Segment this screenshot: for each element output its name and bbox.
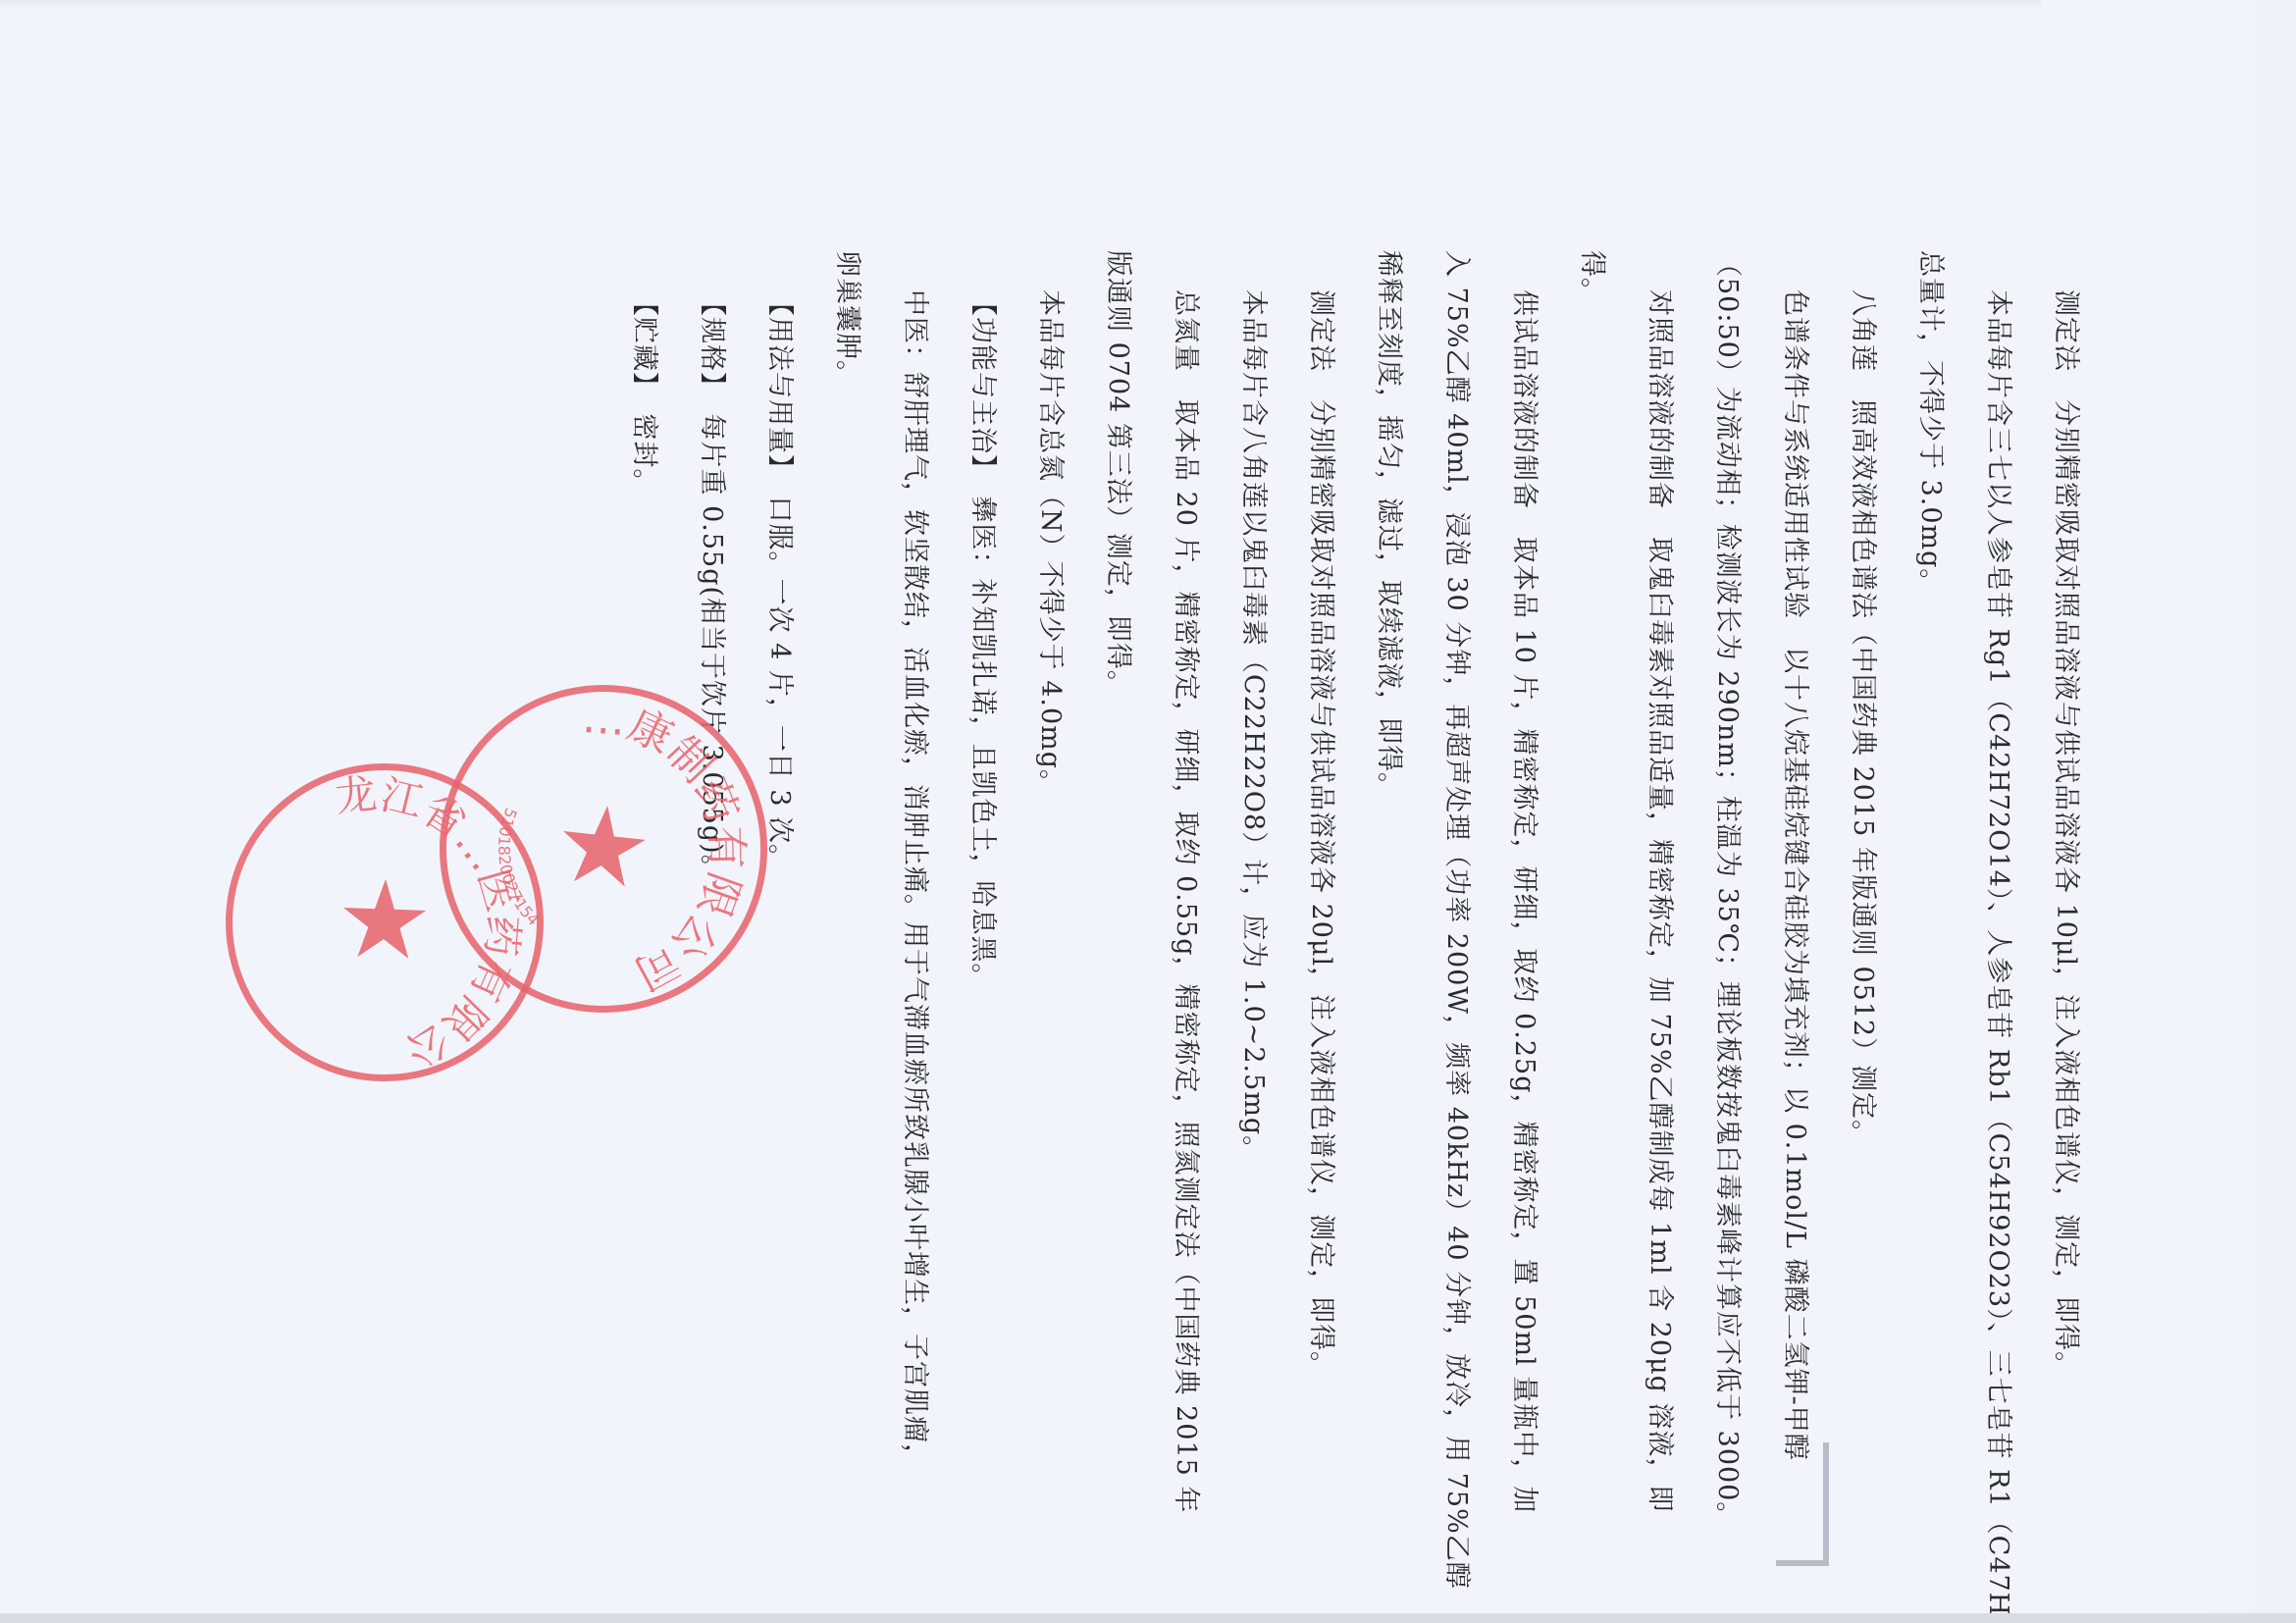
document-line: 卵巢囊肿。 [813, 250, 881, 1604]
document-line: 总量计，不得少于 3.0mg。 [1897, 250, 1964, 1604]
scan-bracket-mark [1776, 1442, 1829, 1566]
document-line: 版通则 0704 第三法）测定，即得。 [1084, 250, 1152, 1604]
document-line: 【功能与主治】 彝医：补知凯扎诺，且凯色土，哈息黑。 [949, 250, 1017, 1604]
document-line: 总氮量 取本品 20 片，精密称定，研细，取约 0.55g，精密称定，照氮测定法… [1152, 250, 1220, 1604]
document-line: 本品每片含总氮（N）不得少于 4.0mg。 [1017, 250, 1084, 1604]
rotated-document: 测定法 分别精密吸取对照品溶液与供试品溶液各 10μl，注入液相色谱仪，测定，即… [824, 250, 2100, 1623]
document-line: 中医：舒肝理气，软坚散结，活血化瘀，消肿止痛。用于气滞血瘀所致乳腺小叶增生，子宫… [881, 250, 949, 1604]
document-line: 测定法 分别精密吸取对照品溶液与供试品溶液各 10μl，注入液相色谱仪，测定，即… [2032, 250, 2100, 1604]
document-line: 测定法 分别精密吸取对照品溶液与供试品溶液各 20μl，注入液相色谱仪，测定，即… [1287, 250, 1355, 1604]
document-body: 测定法 分别精密吸取对照品溶液与供试品溶液各 10μl，注入液相色谱仪，测定，即… [610, 250, 2100, 1604]
document-line: 八角莲 照高效液相色谱法（中国药典 2015 年版通则 0512）测定。 [1829, 250, 1897, 1604]
document-line: 对照品溶液的制备 取鬼臼毒素对照品适量，精密称定，加 75%乙醇制成每 1ml … [1626, 250, 1694, 1604]
page-edge-bottom [0, 1613, 2296, 1623]
page-edge-top [0, 0, 2296, 10]
document-line: 色谱条件与系统适用性试验 以十八烷基硅烷键合硅胶为填充剂；以 0.1mol/L … [1761, 250, 1829, 1604]
document-line: 入 75%乙醇 40ml，浸泡 30 分钟，再超声处理（功率 200W，频率 4… [1423, 250, 1490, 1604]
document-line: （50:50）为流动相；检测波长为 290nm；柱温为 35℃；理论板数按鬼臼毒… [1694, 250, 1761, 1604]
document-line: 本品每片含八角莲以鬼臼毒素（C22H22O8）计，应为 1.0~2.5mg。 [1220, 250, 1287, 1604]
document-line: 供试品溶液的制备 取本品 10 片，精密称定，研细，取约 0.25g，精密称定，… [1490, 250, 1558, 1604]
document-line: 稀释至刻度，摇匀，滤过，取续滤液，即得。 [1355, 250, 1423, 1604]
document-line: 得。 [1558, 250, 1626, 1604]
document-line: 本品每片含三七以人参皂苷 Rg1（C42H72O14）、人参皂苷 Rb1（C54… [1964, 250, 2032, 1604]
